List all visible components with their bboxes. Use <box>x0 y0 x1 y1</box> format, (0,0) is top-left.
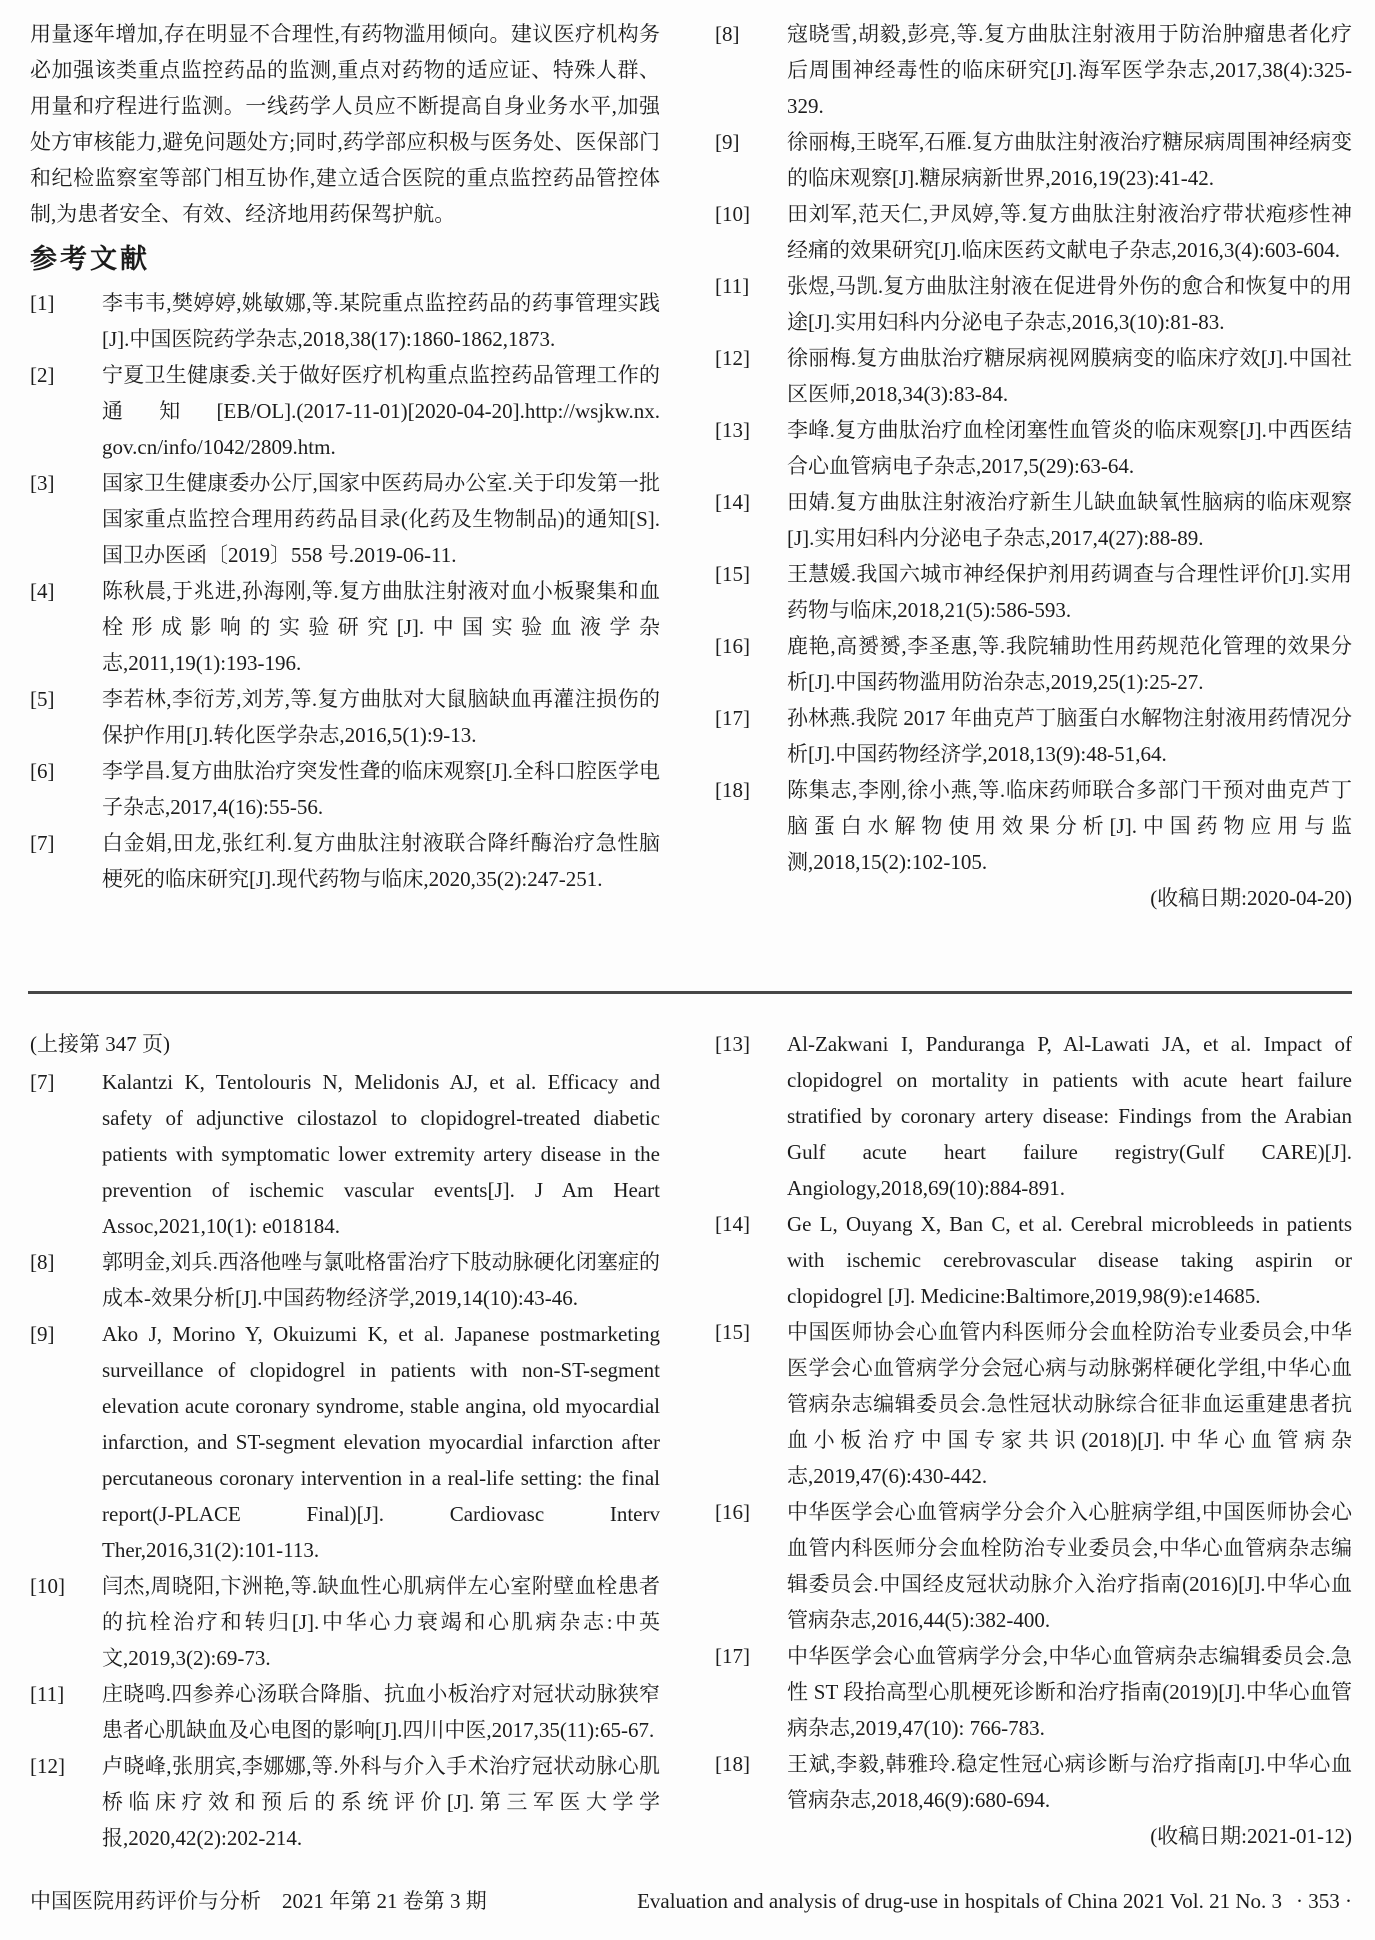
reference-text: 王慧媛.我国六城市神经保护剂用药调查与合理性评价[J].实用药物与临床,2018… <box>787 556 1352 628</box>
reference-number: [1] <box>30 285 102 321</box>
reference-number: [10] <box>30 1568 102 1604</box>
reference-text: 田刘军,范天仁,尹凤婷,等.复方曲肽注射液治疗带状疱疹性神经痛的效果研究[J].… <box>787 196 1352 268</box>
reference-number: [14] <box>715 484 787 520</box>
section1-left-column: 用量逐年增加,存在明显不合理性,有药物滥用倾向。建议医疗机构务必加强该类重点监控… <box>30 16 660 916</box>
reference-item: [11] 张煜,马凯.复方曲肽注射液在促进骨外伤的愈合和恢复中的用途[J].实用… <box>715 268 1352 340</box>
reference-text: 国家卫生健康委办公厅,国家中医药局办公室.关于印发第一批国家重点监控合理用药药品… <box>102 465 660 573</box>
section-references-continued: (上接第 347 页) [7] Kalantzi K, Tentolouris … <box>30 1026 1352 1856</box>
reference-item: [9] 徐丽梅,王晓军,石雁.复方曲肽注射液治疗糖尿病周围神经病变的临床观察[J… <box>715 124 1352 196</box>
reference-item: [9] Ako J, Morino Y, Okuizumi K, et al. … <box>30 1316 660 1568</box>
reference-number: [11] <box>30 1676 102 1712</box>
footer-page-number: · 353 · <box>1296 1884 1352 1918</box>
reference-list: [1] 李韦韦,樊婷婷,姚敏娜,等.某院重点监控药品的药事管理实践[J].中国医… <box>30 285 660 897</box>
references-heading: 参考文献 <box>30 238 660 280</box>
reference-number: [7] <box>30 825 102 861</box>
reference-item: [14] 田婧.复方曲肽注射液治疗新生儿缺血缺氧性脑病的临床观察[J].实用妇科… <box>715 484 1352 556</box>
reference-item: [18] 陈集志,李刚,徐小燕,等.临床药师联合多部门干预对曲克芦丁脑蛋白水解物… <box>715 772 1352 880</box>
reference-number: [14] <box>715 1206 787 1242</box>
reference-number: [6] <box>30 753 102 789</box>
reference-item: [4] 陈秋晨,于兆进,孙海刚,等.复方曲肽注射液对血小板聚集和血栓形成影响的实… <box>30 573 660 681</box>
reference-text: 孙林燕.我院 2017 年曲克芦丁脑蛋白水解物注射液用药情况分析[J].中国药物… <box>787 700 1352 772</box>
reference-text: 田婧.复方曲肽注射液治疗新生儿缺血缺氧性脑病的临床观察[J].实用妇科内分泌电子… <box>787 484 1352 556</box>
reference-number: [10] <box>715 196 787 232</box>
reference-number: [15] <box>715 556 787 592</box>
reference-number: [8] <box>30 1244 102 1280</box>
reference-item: [16] 中华医学会心血管病学分会介入心脏病学组,中国医师协会心血管内科医师分会… <box>715 1494 1352 1638</box>
reference-text: Ge L, Ouyang X, Ban C, et al. Cerebral m… <box>787 1206 1352 1314</box>
reference-text: 李若林,李衍芳,刘芳,等.复方曲肽对大鼠脑缺血再灌注损伤的保护作用[J].转化医… <box>102 681 660 753</box>
footer-journal-cn: 中国医院用药评价与分析 2021 年第 21 卷第 3 期 <box>30 1884 487 1918</box>
reference-text: 徐丽梅,王晓军,石雁.复方曲肽注射液治疗糖尿病周围神经病变的临床观察[J].糖尿… <box>787 124 1352 196</box>
reference-list: [7] Kalantzi K, Tentolouris N, Melidonis… <box>30 1064 660 1856</box>
reference-number: [16] <box>715 1494 787 1530</box>
section-divider <box>28 991 1352 994</box>
reference-text: 鹿艳,高赟赟,李圣惠,等.我院辅助性用药规范化管理的效果分析[J].中国药物滥用… <box>787 628 1352 700</box>
section-references-cn: 用量逐年增加,存在明显不合理性,有药物滥用倾向。建议医疗机构务必加强该类重点监控… <box>30 16 1352 916</box>
reference-item: [15] 王慧媛.我国六城市神经保护剂用药调查与合理性评价[J].实用药物与临床… <box>715 556 1352 628</box>
reference-item: [14] Ge L, Ouyang X, Ban C, et al. Cereb… <box>715 1206 1352 1314</box>
reference-item: [8] 郭明金,刘兵.西洛他唑与氯吡格雷治疗下肢动脉硬化闭塞症的成本-效果分析[… <box>30 1244 660 1316</box>
reference-item: [7] Kalantzi K, Tentolouris N, Melidonis… <box>30 1064 660 1244</box>
received-date: (收稿日期:2020-04-20) <box>715 880 1352 916</box>
reference-item: [1] 李韦韦,樊婷婷,姚敏娜,等.某院重点监控药品的药事管理实践[J].中国医… <box>30 285 660 357</box>
reference-text: Al-Zakwani I, Panduranga P, Al-Lawati JA… <box>787 1026 1352 1206</box>
reference-item: [12] 卢晓峰,张朋宾,李娜娜,等.外科与介入手术治疗冠状动脉心肌桥临床疗效和… <box>30 1748 660 1856</box>
page-footer: 中国医院用药评价与分析 2021 年第 21 卷第 3 期 Evaluation… <box>30 1884 1352 1918</box>
reference-text: 李峰.复方曲肽治疗血栓闭塞性血管炎的临床观察[J].中西医结合心血管病电子杂志,… <box>787 412 1352 484</box>
reference-text: 闫杰,周晓阳,卞洲艳,等.缺血性心肌病伴左心室附壁血栓患者的抗栓治疗和转归[J]… <box>102 1568 660 1676</box>
reference-number: [9] <box>715 124 787 160</box>
reference-number: [5] <box>30 681 102 717</box>
reference-number: [12] <box>715 340 787 376</box>
reference-text: 徐丽梅.复方曲肽治疗糖尿病视网膜病变的临床疗效[J].中国社区医师,2018,3… <box>787 340 1352 412</box>
reference-number: [11] <box>715 268 787 304</box>
reference-number: [16] <box>715 628 787 664</box>
reference-number: [4] <box>30 573 102 609</box>
page: 用量逐年增加,存在明显不合理性,有药物滥用倾向。建议医疗机构务必加强该类重点监控… <box>0 0 1375 1940</box>
reference-number: [13] <box>715 412 787 448</box>
section1-right-column: [8] 寇晓雪,胡毅,彭亮,等.复方曲肽注射液用于防治肿瘤患者化疗后周围神经毒性… <box>715 16 1352 916</box>
reference-item: [10] 闫杰,周晓阳,卞洲艳,等.缺血性心肌病伴左心室附壁血栓患者的抗栓治疗和… <box>30 1568 660 1676</box>
reference-item: [10] 田刘军,范天仁,尹凤婷,等.复方曲肽注射液治疗带状疱疹性神经痛的效果研… <box>715 196 1352 268</box>
reference-text: 王斌,李毅,韩雅玲.稳定性冠心病诊断与治疗指南[J].中华心血管病杂志,2018… <box>787 1746 1352 1818</box>
continued-note: (上接第 347 页) <box>30 1026 660 1062</box>
reference-text: 宁夏卫生健康委.关于做好医疗机构重点监控药品管理工作的通知[EB/OL].(20… <box>102 357 660 465</box>
reference-number: [17] <box>715 700 787 736</box>
reference-number: [18] <box>715 1746 787 1782</box>
reference-item: [11] 庄晓鸣.四参养心汤联合降脂、抗血小板治疗对冠状动脉狭窄患者心肌缺血及心… <box>30 1676 660 1748</box>
reference-number: [8] <box>715 16 787 52</box>
footer-journal-en: Evaluation and analysis of drug-use in h… <box>637 1884 1282 1918</box>
reference-item: [8] 寇晓雪,胡毅,彭亮,等.复方曲肽注射液用于防治肿瘤患者化疗后周围神经毒性… <box>715 16 1352 124</box>
reference-text: 中华医学会心血管病学分会,中华心血管病杂志编辑委员会.急性 ST 段抬高型心肌梗… <box>787 1638 1352 1746</box>
reference-item: [5] 李若林,李衍芳,刘芳,等.复方曲肽对大鼠脑缺血再灌注损伤的保护作用[J]… <box>30 681 660 753</box>
reference-item: [16] 鹿艳,高赟赟,李圣惠,等.我院辅助性用药规范化管理的效果分析[J].中… <box>715 628 1352 700</box>
reference-text: 张煜,马凯.复方曲肽注射液在促进骨外伤的愈合和恢复中的用途[J].实用妇科内分泌… <box>787 268 1352 340</box>
reference-item: [15] 中国医师协会心血管内科医师分会血栓防治专业委员会,中华医学会心血管病学… <box>715 1314 1352 1494</box>
reference-text: 白金娟,田龙,张红利.复方曲肽注射液联合降纤酶治疗急性脑梗死的临床研究[J].现… <box>102 825 660 897</box>
reference-text: 庄晓鸣.四参养心汤联合降脂、抗血小板治疗对冠状动脉狭窄患者心肌缺血及心电图的影响… <box>102 1676 660 1748</box>
reference-text: 中国医师协会心血管内科医师分会血栓防治专业委员会,中华医学会心血管病学分会冠心病… <box>787 1314 1352 1494</box>
reference-item: [12] 徐丽梅.复方曲肽治疗糖尿病视网膜病变的临床疗效[J].中国社区医师,2… <box>715 340 1352 412</box>
footer-right-group: Evaluation and analysis of drug-use in h… <box>637 1884 1352 1918</box>
reference-list: [13] Al-Zakwani I, Panduranga P, Al-Lawa… <box>715 1026 1352 1818</box>
reference-number: [15] <box>715 1314 787 1350</box>
reference-item: [3] 国家卫生健康委办公厅,国家中医药局办公室.关于印发第一批国家重点监控合理… <box>30 465 660 573</box>
reference-number: [3] <box>30 465 102 501</box>
section2-left-column: (上接第 347 页) [7] Kalantzi K, Tentolouris … <box>30 1026 660 1856</box>
reference-text: 寇晓雪,胡毅,彭亮,等.复方曲肽注射液用于防治肿瘤患者化疗后周围神经毒性的临床研… <box>787 16 1352 124</box>
reference-list: [8] 寇晓雪,胡毅,彭亮,等.复方曲肽注射液用于防治肿瘤患者化疗后周围神经毒性… <box>715 16 1352 880</box>
received-date: (收稿日期:2021-01-12) <box>715 1818 1352 1854</box>
reference-number: [2] <box>30 357 102 393</box>
reference-item: [17] 孙林燕.我院 2017 年曲克芦丁脑蛋白水解物注射液用药情况分析[J]… <box>715 700 1352 772</box>
reference-item: [13] 李峰.复方曲肽治疗血栓闭塞性血管炎的临床观察[J].中西医结合心血管病… <box>715 412 1352 484</box>
reference-item: [2] 宁夏卫生健康委.关于做好医疗机构重点监控药品管理工作的通知[EB/OL]… <box>30 357 660 465</box>
reference-text: 陈秋晨,于兆进,孙海刚,等.复方曲肽注射液对血小板聚集和血栓形成影响的实验研究[… <box>102 573 660 681</box>
reference-number: [9] <box>30 1316 102 1352</box>
reference-text: 中华医学会心血管病学分会介入心脏病学组,中国医师协会心血管内科医师分会血栓防治专… <box>787 1494 1352 1638</box>
closing-paragraph: 用量逐年增加,存在明显不合理性,有药物滥用倾向。建议医疗机构务必加强该类重点监控… <box>30 16 660 232</box>
reference-item: [7] 白金娟,田龙,张红利.复方曲肽注射液联合降纤酶治疗急性脑梗死的临床研究[… <box>30 825 660 897</box>
reference-number: [7] <box>30 1064 102 1100</box>
reference-item: [17] 中华医学会心血管病学分会,中华心血管病杂志编辑委员会.急性 ST 段抬… <box>715 1638 1352 1746</box>
reference-text: Kalantzi K, Tentolouris N, Melidonis AJ,… <box>102 1064 660 1244</box>
reference-item: [13] Al-Zakwani I, Panduranga P, Al-Lawa… <box>715 1026 1352 1206</box>
reference-text: 卢晓峰,张朋宾,李娜娜,等.外科与介入手术治疗冠状动脉心肌桥临床疗效和预后的系统… <box>102 1748 660 1856</box>
reference-item: [6] 李学昌.复方曲肽治疗突发性聋的临床观察[J].全科口腔医学电子杂志,20… <box>30 753 660 825</box>
reference-item: [18] 王斌,李毅,韩雅玲.稳定性冠心病诊断与治疗指南[J].中华心血管病杂志… <box>715 1746 1352 1818</box>
section2-right-column: [13] Al-Zakwani I, Panduranga P, Al-Lawa… <box>715 1026 1352 1856</box>
reference-number: [13] <box>715 1026 787 1062</box>
reference-text: 李韦韦,樊婷婷,姚敏娜,等.某院重点监控药品的药事管理实践[J].中国医院药学杂… <box>102 285 660 357</box>
reference-number: [18] <box>715 772 787 808</box>
reference-text: 陈集志,李刚,徐小燕,等.临床药师联合多部门干预对曲克芦丁脑蛋白水解物使用效果分… <box>787 772 1352 880</box>
reference-number: [12] <box>30 1748 102 1784</box>
reference-text: 郭明金,刘兵.西洛他唑与氯吡格雷治疗下肢动脉硬化闭塞症的成本-效果分析[J].中… <box>102 1244 660 1316</box>
reference-number: [17] <box>715 1638 787 1674</box>
reference-text: Ako J, Morino Y, Okuizumi K, et al. Japa… <box>102 1316 660 1568</box>
reference-text: 李学昌.复方曲肽治疗突发性聋的临床观察[J].全科口腔医学电子杂志,2017,4… <box>102 753 660 825</box>
